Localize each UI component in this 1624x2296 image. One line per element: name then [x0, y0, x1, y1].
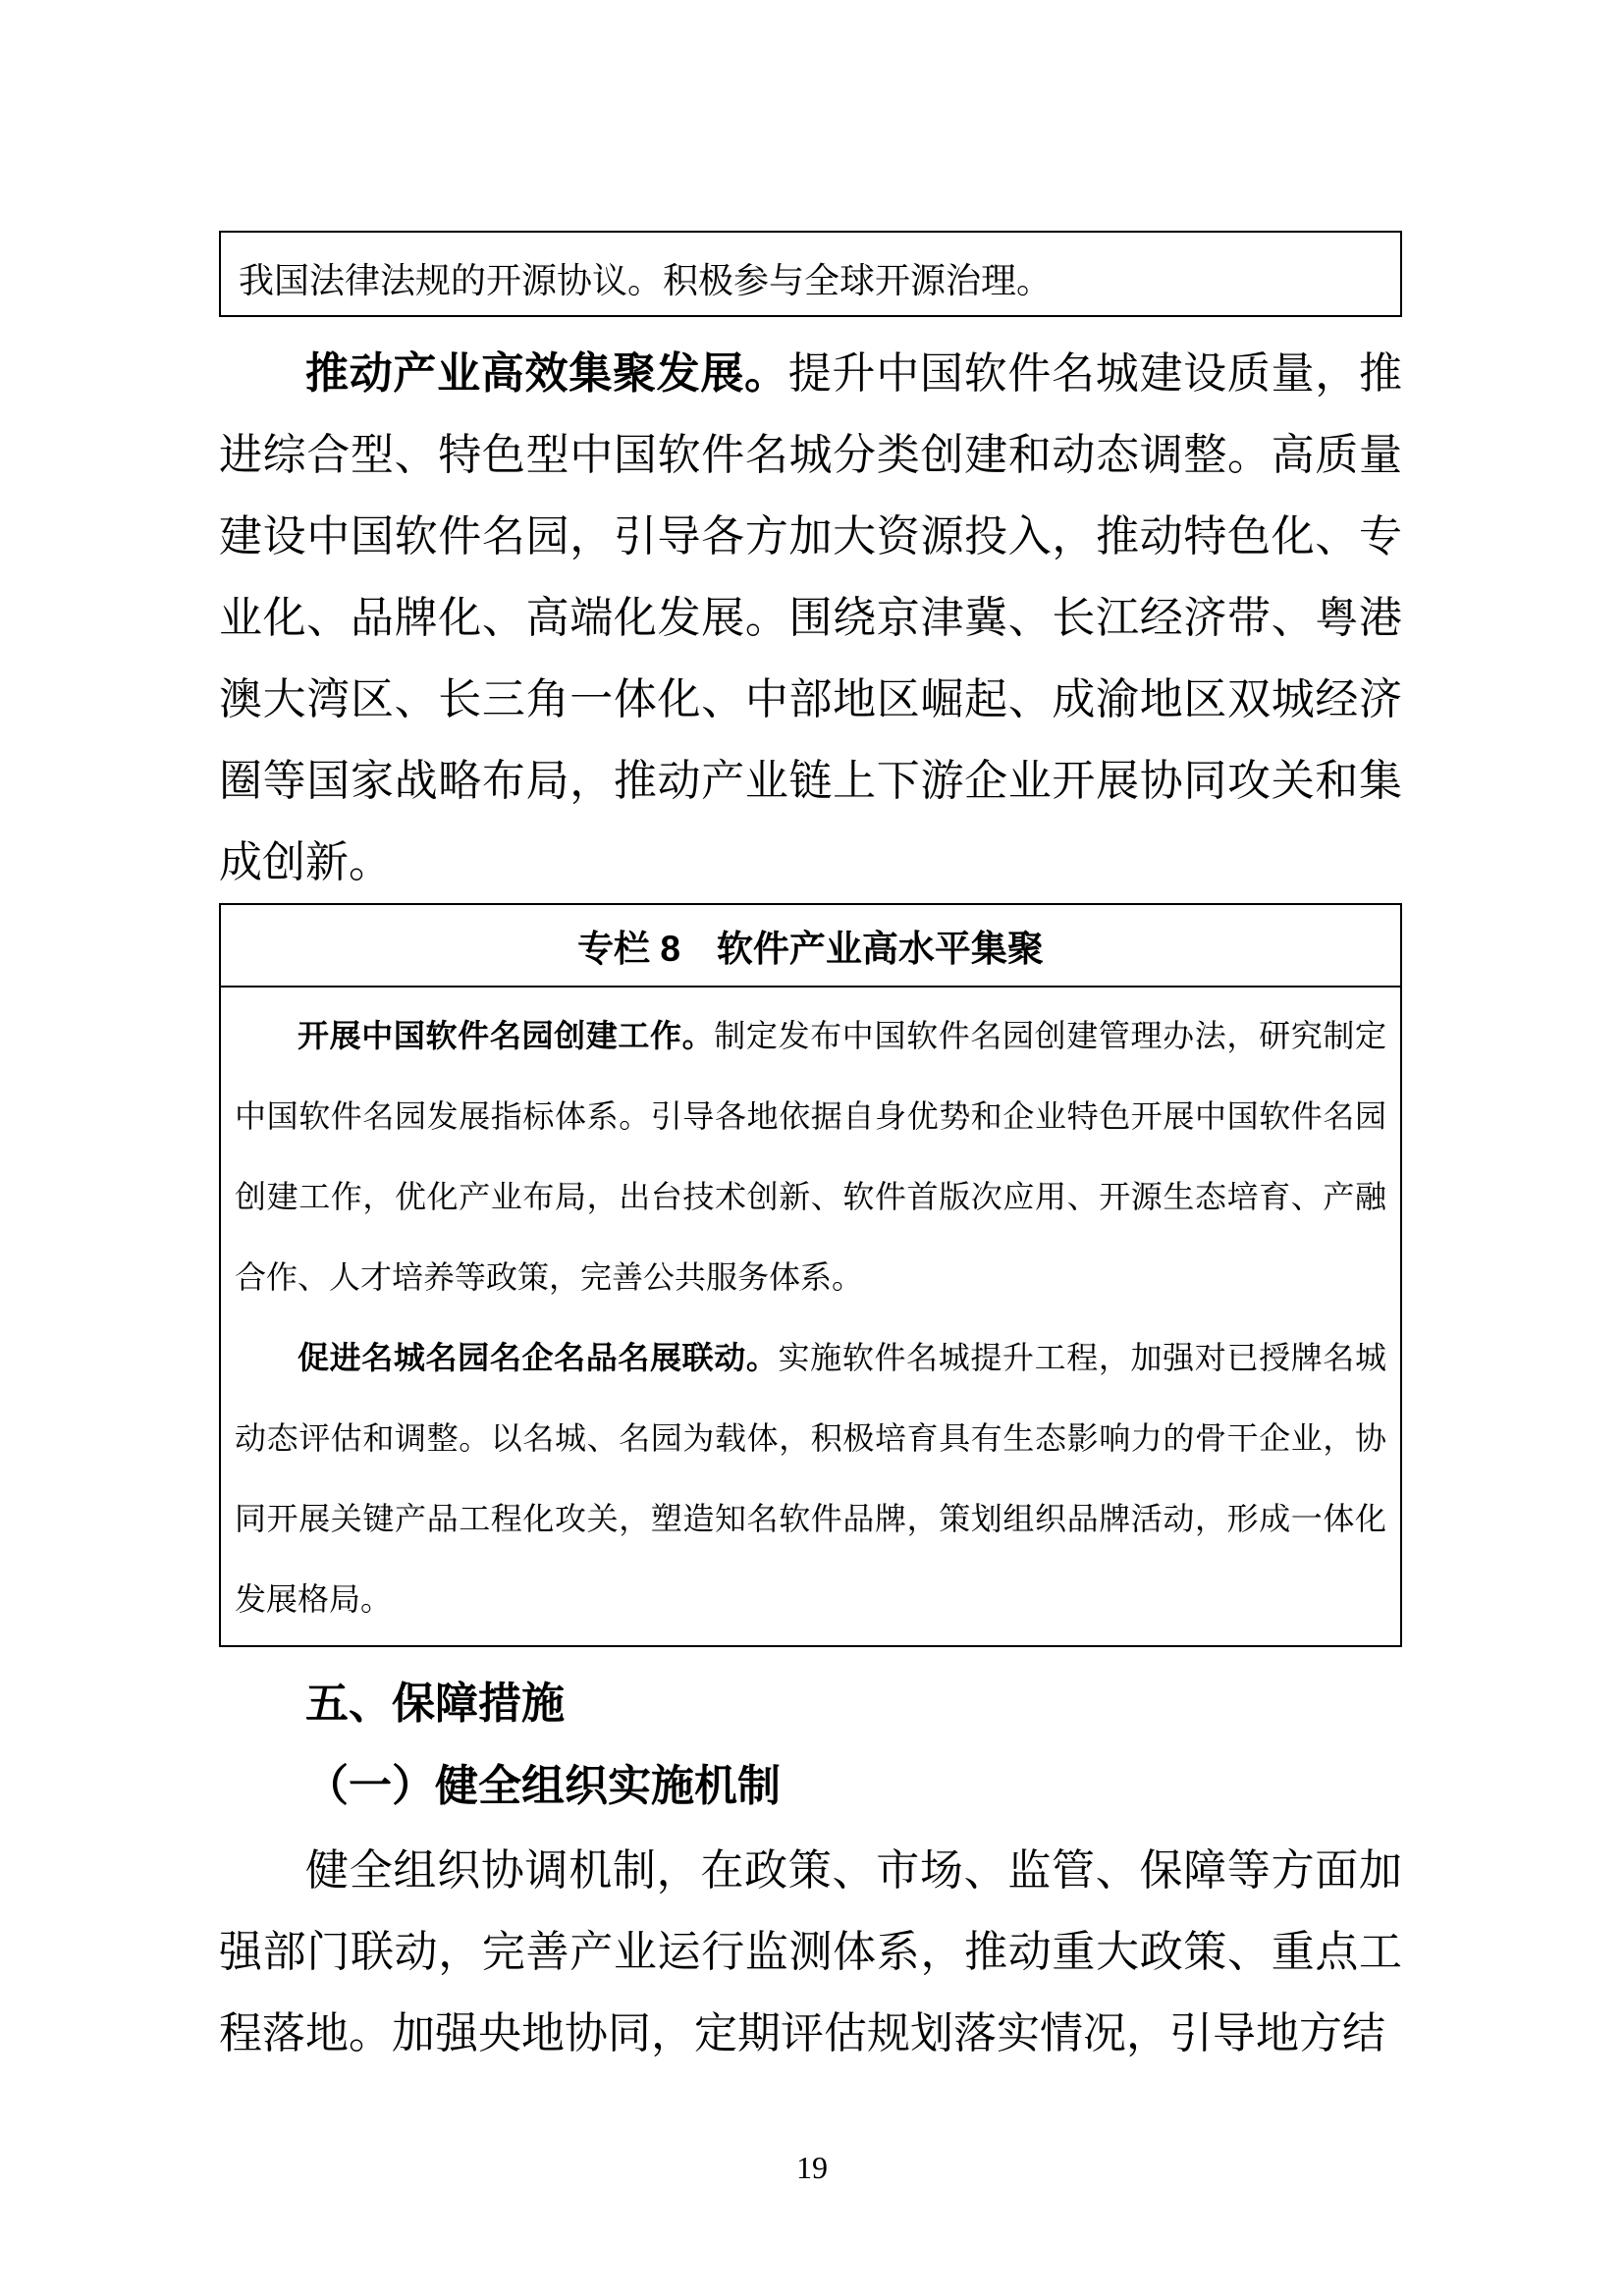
column-paragraph-1-lead: 开展中国软件名园创建工作。: [298, 1018, 714, 1053]
column-8-title: 专栏 8 软件产业高水平集聚: [577, 919, 1044, 972]
paragraph-bold-lead: 推动产业高效集聚发展。: [305, 349, 788, 398]
paragraph-coordination-mechanism: 健全组织协调机制，在政策、市场、监管、保障等方面加强部门联动，完善产业运行监测体…: [219, 1830, 1402, 2074]
page-number: 19: [0, 2150, 1624, 2186]
paragraph-body-text: 提升中国软件名城建设质量，推进综合型、特色型中国软件名城分类创建和动态调整。高质…: [219, 349, 1402, 886]
document-page: 我国法律法规的开源协议。积极参与全球开源治理。 推动产业高效集聚发展。提升中国软…: [0, 0, 1624, 2296]
paragraph-industry-clustering: 推动产业高效集聚发展。提升中国软件名城建设质量，推进综合型、特色型中国软件名城分…: [219, 333, 1402, 903]
page-content: 我国法律法规的开源协议。积极参与全球开源治理。 推动产业高效集聚发展。提升中国软…: [219, 231, 1402, 2074]
column-8-box: 专栏 8 软件产业高水平集聚 开展中国软件名园创建工作。制定发布中国软件名园创建…: [219, 903, 1402, 1647]
column-8-title-row: 专栏 8 软件产业高水平集聚: [221, 905, 1400, 988]
column-paragraph-2: 促进名城名园名企名品名展联动。实施软件名城提升工程，加强对已授牌名城动态评估和调…: [235, 1317, 1386, 1639]
column-8-body: 开展中国软件名园创建工作。制定发布中国软件名园创建管理办法，研究制定中国软件名园…: [221, 988, 1400, 1645]
column-paragraph-1-text: 制定发布中国软件名园创建管理办法，研究制定中国软件名园发展指标体系。引导各地依据…: [235, 1018, 1386, 1295]
column-paragraph-2-lead: 促进名城名园名企名品名展联动。: [298, 1340, 779, 1375]
carryover-text: 我国法律法规的开源协议。积极参与全球开源治理。: [239, 261, 1052, 301]
section-heading-safeguards: 五、保障措施: [219, 1677, 1402, 1732]
column-paragraph-1: 开展中国软件名园创建工作。制定发布中国软件名园创建管理办法，研究制定中国软件名园…: [235, 995, 1386, 1317]
subsection-heading-organization: （一）健全组织实施机制: [219, 1759, 1402, 1814]
column-paragraph-2-text: 实施软件名城提升工程，加强对已授牌名城动态评估和调整。以名城、名园为载体，积极培…: [235, 1340, 1386, 1617]
carryover-text-box: 我国法律法规的开源协议。积极参与全球开源治理。: [219, 231, 1402, 317]
